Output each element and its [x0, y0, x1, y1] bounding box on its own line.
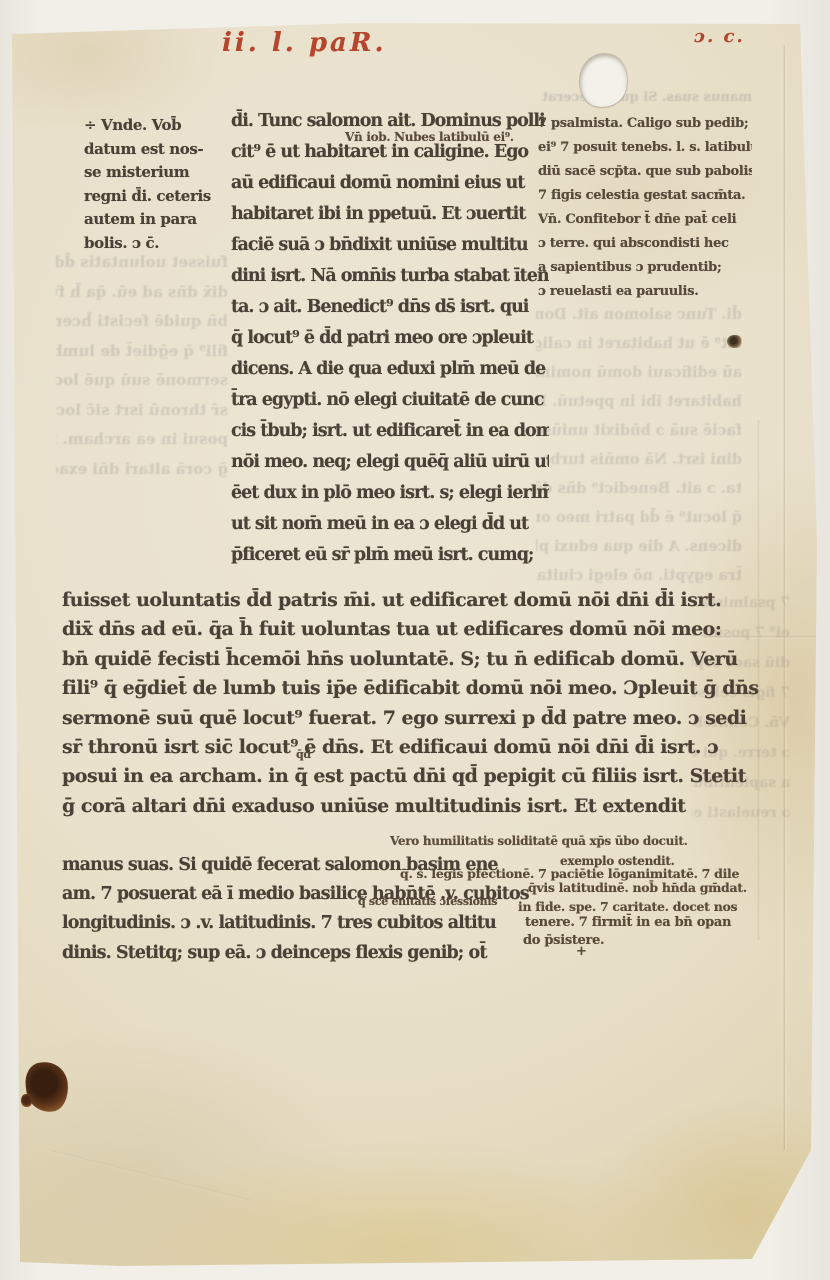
- manuscript-page: manus suas. Si quidē fecerat salomon bas…: [0, 0, 830, 1280]
- text-line: ei⁹ 7 posuit tenebs. l. s. latibulū: [538, 136, 752, 160]
- ink-stain-dot: [21, 1094, 32, 1107]
- running-title: ii. l. paR.: [222, 28, 387, 58]
- text-line: dini isrt. Nā omn̄is turba stabat īten: [231, 261, 549, 292]
- text-line: d̄i. Tunc salomon ait. Dominus polli: [536, 300, 742, 329]
- bleedthrough-top-line: manus suas. Si quidē fecerat salomon bas…: [540, 88, 752, 110]
- text-line: regni d̄i. ceteris: [84, 185, 236, 209]
- text-line: ḡ corā altari dn̄i exaduso uniūse multit…: [56, 455, 228, 485]
- text-line: cit⁹ ē ut habitaret in caligine. Ego: [536, 329, 742, 358]
- interlinear-gloss-quod: q̄d: [296, 748, 311, 761]
- text-line: faciē suā ɔ bn̄dixit uniūse multitu: [536, 416, 742, 445]
- lower-gloss-line: tenere. 7 firmit̄ in ea bn̄ opan: [525, 915, 731, 930]
- text-line: posui in ea archam. in q̄ est pactū dn̄i…: [62, 762, 786, 791]
- gloss-cross-mark: +: [576, 944, 587, 959]
- text-line: t̄ra egypti. nō elegi ciuitatē de cunc: [536, 561, 742, 585]
- right-margin-gloss: 7 psalmista. Caligo sub pedib;ei⁹ 7 posu…: [538, 112, 752, 304]
- text-line: q̄ locut⁹ ē d̄d patri meo ore ɔpleuit: [231, 323, 549, 354]
- text-line: bn̄ quidē fecisti h̄cemōi hn̄s uoluntatē…: [56, 307, 228, 337]
- text-line: habitaret ibi in ppetuū. Et ɔuertit: [536, 387, 742, 416]
- text-line: q̄ locut⁹ ē d̄d patri meo ore ɔpleuit: [536, 503, 742, 532]
- text-line: posui in ea archam. in q̄ est pactū dn̄i…: [56, 425, 228, 455]
- text-line: longitudinis. ɔ .v. latitudinis. 7 tres …: [62, 909, 538, 938]
- text-line: fili⁹ q̄ eḡdiet̄ de lumb tuis ip̄e ēdifi…: [56, 337, 228, 367]
- text-line: sr̄ thronū isrt sic̄ locut⁹ ē dn̄s. Et e…: [56, 396, 228, 426]
- text-line: dinis. Stetitq; sup eā. ɔ deinceps flexi…: [62, 939, 538, 968]
- text-line: cis t̄bub; isrt. ut edificaret̄ in ea do…: [231, 416, 549, 447]
- text-line: diū sacē scp̄ta. que sub pabolis: [538, 160, 752, 184]
- text-line: dix̄ dn̄s ad eū. q̄a h̄ fuit uoluntas tu…: [62, 615, 786, 644]
- lower-gloss-line: q̄vis latitudinē. nob̄ hn̄da gm̄dat.: [528, 880, 747, 895]
- text-line: 7 psalmista. Caligo sub pedib;: [538, 112, 752, 136]
- text-line: 7 figis celestia gestat sacm̄ta.: [538, 184, 752, 208]
- text-line: sermonē suū quē locut⁹ fuerat. 7 ego sur…: [62, 704, 786, 733]
- parchment-hole: [577, 51, 631, 110]
- text-line: sermonē suū quē locut⁹ fuerat. 7 ego sur…: [56, 366, 228, 396]
- wormhole: [727, 335, 742, 348]
- text-line: ḡ corā altari dn̄i exaduso uniūse multit…: [62, 792, 786, 821]
- text-line: t̄ra egypti. nō elegi ciuitatē de cunc: [231, 385, 549, 416]
- text-line: manus suas. Si quidē fecerat salomon bas…: [540, 88, 752, 108]
- crease-horizontal: [704, 636, 816, 639]
- crease-vertical-faint: [757, 420, 760, 940]
- text-line: ta. ɔ ait. Benedict⁹ dn̄s ds̄ isrt. qui: [231, 292, 549, 323]
- text-line: dicens. A die qua eduxi plm̄ meū de: [536, 532, 742, 561]
- bleedthrough-left-margin: fuisset uoluntatis d̄d patris m̄i. ut ed…: [56, 248, 228, 578]
- text-line: ɔ terre. qui abscondisti hec: [538, 232, 752, 256]
- text-line: bn̄ quidē fecisti h̄cemōi hn̄s uoluntatē…: [62, 645, 786, 674]
- text-line: am. 7 posuerat eā ī medio basilice habn̄…: [540, 108, 752, 110]
- text-line: ÷ Vnde. Vob̄: [84, 114, 236, 138]
- text-line: ta. ɔ ait. Benedict⁹ dn̄s ds̄ isrt. qui: [536, 474, 742, 503]
- text-line: habitaret ibi in ppetuū. Et ɔuertit: [231, 199, 549, 230]
- text-line: dini isrt. Nā omn̄is turba stabat īten: [536, 445, 742, 474]
- text-line: faciē suā ɔ bn̄dixit uniūse multitu: [231, 230, 549, 261]
- lower-gloss-line: do p̄sistere.: [523, 933, 604, 948]
- lower-gloss-line: Vero humilitatis soliditatē quā xp̄s ūbo…: [390, 834, 687, 848]
- lower-gloss-line: q̄ scē enitatis ɔfessionis: [358, 895, 497, 908]
- text-line: ēet dux in plō meo isrt. s; elegi ierlm̄: [231, 478, 549, 509]
- text-line: dicens. A die qua eduxi plm̄ meū de: [231, 354, 549, 385]
- interlinear-gloss-top: Vn̄ iob. Nubes latibulū ei⁹.: [345, 130, 514, 144]
- text-line: a sapientibus ɔ prudentib;: [538, 256, 752, 280]
- text-line: sr̄ thronū isrt sic̄ locut⁹ ē dn̄s. Et e…: [62, 733, 786, 762]
- quire-mark: ɔ. c.: [694, 26, 745, 47]
- text-line: nōi meo. neq; elegi quēq̄ aliū uirū ut: [231, 447, 549, 478]
- text-line: bolis. ɔ c̄.: [84, 232, 236, 256]
- text-line: fili⁹ q̄ eḡdiet̄ de lumb tuis ip̄e ēdifi…: [62, 674, 786, 703]
- bleedthrough-right-column: d̄i. Tunc salomon ait. Dominus pollicit⁹…: [536, 300, 742, 585]
- ink-stain: [23, 1060, 71, 1115]
- text-line: dix̄ dn̄s ad eū. q̄a h̄ fuit uoluntas tu…: [56, 278, 228, 308]
- text-line: autem in para: [84, 208, 236, 232]
- lower-gloss-line: in fide. spe. 7 caritate. docet nos: [518, 899, 737, 914]
- text-line: Vn̄. Confitebor t̄ dn̄e pat̄ celi: [538, 208, 752, 232]
- text-line: aū edificaui domū nomini eius ut: [231, 168, 549, 199]
- left-margin-gloss: ÷ Vnde. Vob̄datum est nos-se misteriumre…: [84, 114, 236, 255]
- lower-gloss-line: q̄. s. legis p̄fectionē. 7 paciētie lōga…: [400, 866, 739, 881]
- text-line: ɔ reuelasti ea paruulis.: [538, 280, 752, 304]
- text-line: p̄ficeret eū sr̄ plm̄ meū isrt. cumq;: [231, 540, 549, 571]
- main-text-column: d̄i. Tunc salomon ait. Dominus pollicit⁹…: [231, 106, 549, 576]
- text-line: ut sit nom̄ meū in ea ɔ elegi d̄d ut: [231, 509, 549, 540]
- text-line: se misterium: [84, 161, 236, 185]
- text-line: fuisset uoluntatis d̄d patris m̄i. ut ed…: [62, 586, 786, 615]
- crease-diagonal: [49, 1150, 253, 1203]
- photo-backdrop: manus suas. Si quidē fecerat salomon bas…: [0, 0, 830, 1280]
- text-line: aū edificaui domū nomini eius ut: [536, 358, 742, 387]
- text-line: datum est nos-: [84, 138, 236, 162]
- crease-vertical: [783, 45, 787, 1150]
- full-width-text-block: fuisset uoluntatis d̄d patris m̄i. ut ed…: [62, 586, 786, 821]
